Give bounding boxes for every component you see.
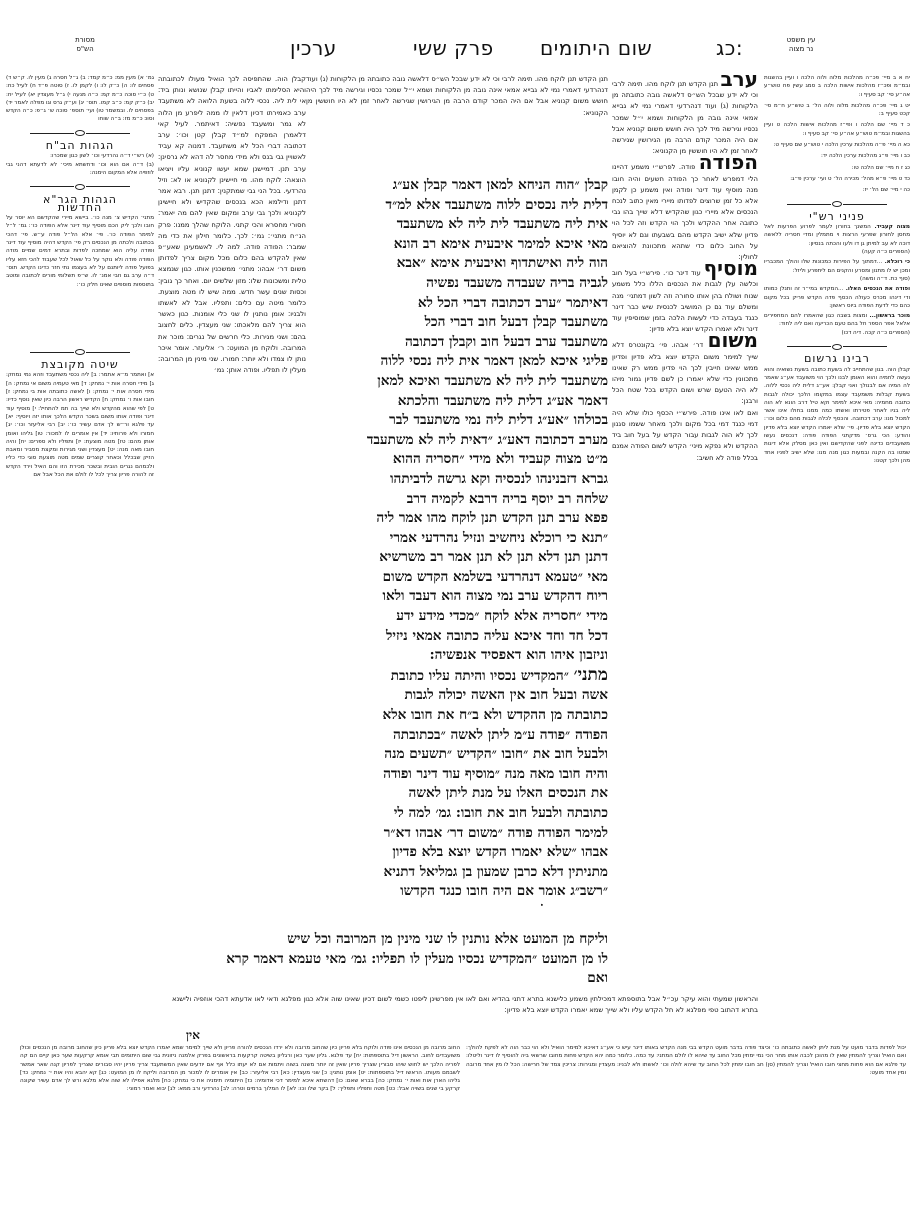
gemara-line: דאמר אע״ג דלית ליה משתעבד והלכתא bbox=[312, 392, 608, 412]
gemara-text: כתובתה ולבעל חוב את חובו: bbox=[456, 805, 608, 821]
tosafot-top-spill: תנן הקדש תנן לוקח מהו. תימה לרבי וכי לא … bbox=[306, 74, 608, 119]
tosafot-lead-word: הפודה bbox=[699, 150, 758, 174]
shita-mekubetzet-text: א] ואתמר מ״א אתמר: ב] ליה נכסי משתעבד וז… bbox=[6, 371, 154, 479]
mishna-block: מתני׳ ״המקדיש נכסיו והיתה עליו כתובת bbox=[312, 666, 608, 687]
gemara-line: לו מן המועט ״המקדיש נכסיו מעלין לו תפליו… bbox=[172, 950, 608, 970]
gemara-line: וליקח מן המועט אלא נותנין לו שני מינין מ… bbox=[172, 930, 608, 950]
gemara-text: מאי טעמא דאמר קרא bbox=[226, 951, 346, 967]
daf-number: כג: bbox=[716, 36, 743, 60]
pnei-rashi-entry: מצוה קעביד. המשנך בחורון לעמר לפרוע הפרע… bbox=[764, 223, 910, 256]
gemara-line: מתניתין דלא כרבן שמעון בן גמליאל דתניא bbox=[312, 863, 608, 883]
gemara-line: דכל חד וחד איכא עליה כתובה אמאי ניזיל bbox=[312, 627, 608, 647]
entry-source: (הספרים כ״ה קעה) bbox=[862, 249, 910, 255]
gemara-line: אשה ובעל חוב אין האשה יכולה לגבות bbox=[312, 686, 608, 706]
masoret-label-line2: הש"ס bbox=[50, 45, 120, 54]
shita-mekubetzet-title: שיטה מקובצת bbox=[6, 361, 154, 369]
tractate-name: ערכין bbox=[290, 36, 337, 60]
tosafot-entry: מוסיף עוד דינר כו׳. פירש״י בעל חוב וכלשה… bbox=[612, 263, 758, 335]
entry-heading: מוכר בראשון... bbox=[870, 313, 910, 319]
left-footnotes-text: החוב מרובה מן הנכסים אינו פודה ולוקח בלא… bbox=[20, 1044, 460, 1094]
rashi-text: קבלן הוה. שהתפיסה לכך הואיל מעולו לכתובת… bbox=[158, 74, 306, 376]
ein-mishpat-label: עין משפט נר מצוה bbox=[766, 36, 836, 54]
ein-mishpat-entry: יט ג מיי׳ פכ״ה מהלכות מלוה ולוה הל׳ ב טו… bbox=[764, 102, 910, 119]
masoret-label: מסורת הש"ס bbox=[50, 36, 120, 54]
left-footnotes: החוב מרובה מן הנכסים אינו פודה ולוקח בלא… bbox=[20, 1044, 460, 1114]
tosafot-entry: משום דר׳ אבהו. פי׳ בקונטרס דלא שייך למימ… bbox=[612, 335, 758, 407]
gemara-line: משתעבד ערב דבעל חוב וקבלן דכתובה bbox=[312, 333, 608, 353]
gemara-line: מידי ״חסריה אלא לוקח ״מכדי מידע ידע bbox=[312, 607, 608, 627]
gemara-line: שלחה רב יוסף בריה דרבא לקמיה דרב bbox=[312, 490, 608, 510]
gemara-line: מערב דכתובה דאע״ג ״דאית ליה לא משתעבד bbox=[312, 431, 608, 451]
masoret-hashas-text: גמ׳ א) מעין ממ: כ״מ קמד: ב) ג״ל חסרה ג) … bbox=[6, 74, 154, 124]
top-commentary-band: תנן הקדש תנן לוקח מהו. תימה לרבי וכי לא … bbox=[306, 74, 608, 172]
entry-heading: ופודה את הנכסים האלו. bbox=[846, 286, 910, 292]
ornament-divider bbox=[764, 201, 910, 209]
entry-heading: כי רוכלא. bbox=[885, 259, 910, 265]
ein-mishpat-label-line2: נר מצוה bbox=[766, 45, 836, 54]
tosafot-text: תנן הקדש תנן לוקח מהו. תימה לרבי וכי לא … bbox=[612, 80, 758, 155]
gemara-wide-lines: וליקח מן המועט אלא נותנין לו שני מינין מ… bbox=[172, 930, 608, 992]
rabbeinu-gershom-text: קבלן הוה. בגון שהתחייב לה בשעת כתובה בשע… bbox=[764, 366, 910, 466]
tosafot-text: דר׳ אבהו. פי׳ בקונטרס דלא שייך למימר משו… bbox=[612, 341, 758, 405]
ein-mishpat-entry: כה י מיי׳ שם הל׳ יז: bbox=[764, 186, 910, 194]
ein-mishpat-entry: יח א ב מיי׳ פכ״ה מהלכות מלוה ולוה הלכה ו… bbox=[764, 74, 910, 99]
left-margin: גמ׳ א) מעין ממ: כ״מ קמד: ב) ג״ל חסרה ג) … bbox=[6, 74, 154, 1094]
hagahot-hagra-text: מתני׳ הקדיש צ׳ מנה כו׳. ביישא מיירי שהקד… bbox=[6, 214, 154, 289]
gemara-column: קבלן ״הוה הניחא למאן דאמר קבלן אע״ג דלית… bbox=[312, 176, 608, 906]
gemara-line: קבלן ״הוה הניחא למאן דאמר קבלן אע״ג bbox=[312, 176, 608, 196]
gemara-line: משתעבד קבלן דבעל חוב דברי הכל bbox=[312, 313, 608, 333]
tosafot-text: פודה. לפרש״י משמע דהיינו הלי דמפרש לאחר … bbox=[612, 163, 758, 261]
pnei-rashi-entry: ופודה את הנכסים האלו. ...המקדש במי״ר זה … bbox=[764, 285, 910, 310]
gemara-line: מאי איכא למימר איבעית אימא רב הונא bbox=[312, 235, 608, 255]
gemara-line: כתובתה מן ההקדש ולא ב״ח את חובו אלא bbox=[312, 706, 608, 726]
tosafot-lead-word: מוסיף bbox=[704, 256, 758, 280]
gemara-text: לו מן המועט ״המקדיש נכסיו מעלין לו תפליו… bbox=[371, 951, 608, 967]
gemara-line: ולבעל חוב את ״חובו ״הקדיש ״תשעים מנה bbox=[312, 745, 608, 765]
page-header: עין משפט נר מצוה כג: שום היתומים פרק ששי… bbox=[0, 36, 914, 70]
gemara-line: בכולהו ״אע״ג דלית ליה נמי משתעבד לבר bbox=[312, 411, 608, 431]
gemara-line: כתובתה ולבעל חוב את חובו: גמ׳ למה לי bbox=[312, 804, 608, 824]
ein-mishpat-entry: כ ד מיי׳ שם הלכה ו ופי״ז מהלכות אישות הל… bbox=[764, 121, 910, 138]
gemara-line: גברא דזבנינהו לנכסיה וקא גרשה לדביתהו bbox=[312, 470, 608, 490]
bottom-catchword: אין bbox=[186, 1028, 200, 1043]
tosafot-continuation-text: והראשון שמעתי והוא עיקר עכ״ל אבל בתוספתא… bbox=[172, 994, 758, 1016]
gemara-line: לגביה בריה שעבדה משעבד נפשיה bbox=[312, 274, 608, 294]
entry-source: (סוף כת. ד״ה ומשה) bbox=[860, 276, 910, 282]
gemara-line: ״המקדיש נכסיו והיתה עליו כתובת bbox=[391, 668, 569, 684]
tosafot-lead-word: ערב bbox=[720, 74, 758, 91]
ornament-divider bbox=[6, 183, 154, 191]
gemara-line: פליגי איכא למאן דאמר אית ליה נכסי ללוה bbox=[312, 352, 608, 372]
gemara-line: ״רשב״ג אומר אם היה חובו כנגד הקדשו bbox=[312, 882, 608, 902]
pnei-rashi-entry: מוכר בראשון... ומצות בשבה כגון שהאמרו לה… bbox=[764, 312, 910, 337]
gemara-line: פפא ערב תנן הקדש תנן לוקח מהו אמר ליה bbox=[312, 509, 608, 529]
chapter-name: שום היתומים bbox=[540, 36, 652, 60]
hagahot-habach-entry: (ב) ד״ה אם הוא וכו׳ ודחשתא מיכי׳ לא לדעת… bbox=[6, 161, 154, 178]
gemara-line: פודה ״ואם לאו אינו פודה ורבנן עד כמה אמר bbox=[312, 902, 608, 906]
tosafot-column: ערב תנן הקדש תנן לוקח מהו. תימה לרבי וכי… bbox=[612, 74, 758, 1014]
gemara-catchword: ואם bbox=[172, 969, 608, 989]
chapter-number: פרק ששי bbox=[413, 36, 494, 60]
rabbeinu-gershom-title: רבינו גרשום bbox=[764, 355, 910, 363]
ein-mishpat-entry: כד ט מיי׳ פ״א מהל׳ מכירה הל׳ ט ועי׳ ערכי… bbox=[764, 175, 910, 183]
tosafot-lead-word: משום bbox=[708, 328, 758, 352]
gemara-text: למה לי bbox=[394, 805, 431, 821]
pnei-rashi-entry: כי רוכלא. ...דמתוך על הפירות כמכונות שלו… bbox=[764, 258, 910, 283]
gemara-line: משתעבד לית ליה לא משתעבד ואיכא למאן bbox=[312, 372, 608, 392]
right-margin: יח א ב מיי׳ פכ״ה מהלכות מלוה ולוה הלכה ו… bbox=[764, 74, 910, 1104]
tosafot-text: עוד דינר כו׳. פירש״י בעל חוב וכלשה עלן ל… bbox=[612, 269, 758, 333]
right-footnotes: יכול לפדות בדבר מועט על מנת ליתן לאשה כת… bbox=[466, 1044, 906, 1114]
gemara-line: מאי ״טעמא דנהרדעי בשלמא הקדש משום bbox=[312, 568, 608, 588]
gemara-label: גמ׳ bbox=[435, 805, 451, 821]
ornament-divider bbox=[764, 343, 910, 351]
rashi-column: קבלן הוה. שהתפיסה לכך הואיל מעולו לכתובת… bbox=[158, 74, 306, 904]
gemara-line: אבהו ״שלא יאמרו הקדש יוצא בלא פדיון bbox=[312, 843, 608, 863]
hagahot-habach-title: הגהות הב"ח bbox=[6, 142, 154, 150]
masoret-label-line1: מסורת bbox=[50, 36, 120, 45]
gemara-line: דלית ליה נכסים ללוה משתעבד אלא למ״ד bbox=[312, 196, 608, 216]
tosafot-bottom-continuation: והראשון שמעתי והוא עיקר עכ״ל אבל בתוספתא… bbox=[172, 994, 758, 1030]
tosafot-entry: הפודה פודה. לפרש״י משמע דהיינו הלי דמפרש… bbox=[612, 157, 758, 263]
gemara-line: מ״ט מצוה קעביד ולא מידי ״חסריה ההוא bbox=[312, 450, 608, 470]
ornament-divider bbox=[6, 349, 154, 357]
tosafot-entry: ואם לאו אינו פודה. פירש״י הכסף כולו שלא … bbox=[612, 408, 758, 464]
gemara-line: וניזבון איהו הוא דאפסיד אנפשיה: bbox=[312, 646, 608, 666]
gemara-line: והיה חובו מאה מנה ״מוסיף עוד דינר ופודה bbox=[312, 765, 608, 785]
gemara-line: ״תנא כי רוכלא ניחשיב ונזיל נהרדעי אמרי bbox=[312, 529, 608, 549]
hagahot-habach-entry: (א) רש״י ד״ה נהרדעי וכו׳ לשון כגון שמכרו… bbox=[6, 152, 154, 160]
gemara-line: הוה ליה ואישתדוף ואיבעית אימא ״אבא bbox=[312, 254, 608, 274]
gemara-line: אית ליה משתעבד לית ליה לא משתעבד bbox=[312, 215, 608, 235]
hagahot-hagra-subtitle: החדשות bbox=[6, 204, 154, 212]
gemara-line: את הנכסים האלו על מנת ליתן לאשה bbox=[312, 784, 608, 804]
ornament-divider bbox=[6, 130, 154, 138]
mishna-label: מתני׳ bbox=[574, 665, 608, 685]
entry-heading: מצוה קעביד. bbox=[874, 224, 910, 230]
gemara-line: דאיתמר ״ערב דכתובה דברי הכל לא bbox=[312, 294, 608, 314]
ein-mishpat-entry: כא ה מיי׳ פ״ה מהלכות ערכין הלכה י טוש״ע … bbox=[764, 141, 910, 149]
pnei-rashi-section: מצוה קעביד. המשנך בחורון לעמר לפרוע הפרע… bbox=[764, 223, 910, 337]
pnei-rashi-title: פניני רש"י bbox=[764, 213, 910, 221]
gemara-line: למימר הפודה פודה ״משום דר׳ אבהו דא״ר bbox=[312, 824, 608, 844]
ein-mishpat-section: יח א ב מיי׳ פכ״ה מהלכות מלוה ולוה הלכה ו… bbox=[764, 74, 910, 195]
ein-mishpat-label-line1: עין משפט bbox=[766, 36, 836, 45]
gemara-line: הפודה ״פודה ע״מ ליתן לאשה ״בכתובתה bbox=[312, 726, 608, 746]
ein-mishpat-entry: כג ז ח מיי׳ שם הלכה טו: bbox=[764, 164, 910, 172]
tosafot-entry: ערב תנן הקדש תנן לוקח מהו. תימה לרבי וכי… bbox=[612, 74, 758, 157]
gemara-label: גמ׳ bbox=[351, 951, 367, 967]
gemara-line: דתנן תנן דלא תנן לא תנן אמר רב משרשיא bbox=[312, 548, 608, 568]
entry-source: (הספרים כ״ה קכה. דיה דכו) bbox=[842, 330, 910, 336]
right-footnotes-text: יכול לפדות בדבר מועט על מנת ליתן לאשה כת… bbox=[466, 1044, 906, 1077]
ein-mishpat-entry: כב ו מיי׳ פ״ג מהלכות ערכין הלכה יד: bbox=[764, 152, 910, 160]
gemara-line: ריוח דהקדש ערב נמי מצוה הוא דעבד ולאו bbox=[312, 587, 608, 607]
